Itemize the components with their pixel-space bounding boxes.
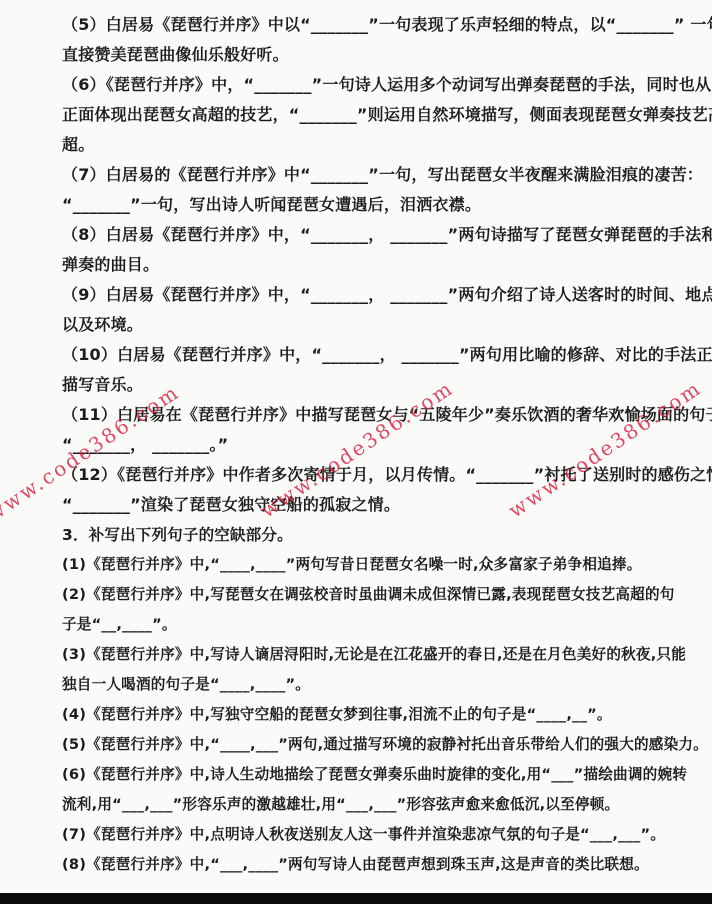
text-line-q6-2: 正面体现出琵琶女高超的技艺，“_______”则运用自然环境描写，侧面表现琵琶女…: [62, 100, 708, 130]
text-line-s3q1: (1)《琵琶行并序》中,“____,____”两句写昔日琵琶女名噪一时,众多富家…: [62, 550, 708, 580]
text-line-s3q4: (4)《琵琶行并序》中,写独守空船的琵琶女梦到往事,泪流不止的句子是“____,…: [62, 700, 708, 730]
text-line-s3q7: (7)《琵琶行并序》中,点明诗人秋夜送别友人这一事件并渲染悲凉气氛的句子是“__…: [62, 820, 708, 850]
text-line-q8-2: 弹奏的曲目。: [62, 250, 708, 280]
bottom-edge-bar: [0, 893, 712, 904]
text-line-q7-1: （7）白居易的《琵琶行并序》中“_______”一句，写出琵琶女半夜醒来满脸泪痕…: [62, 160, 708, 190]
worksheet-text-block: （5）白居易《琵琶行并序》中以“_______”一句表现了乐声轻细的特点，以“_…: [62, 10, 708, 880]
text-line-q5-2: 直接赞美琵琶曲像仙乐般好听。: [62, 40, 708, 70]
text-line-q9-1: （9）白居易《琵琶行并序》中，“_______， _______”两句介绍了诗人…: [62, 280, 708, 310]
text-line-s3q6-1: (6)《琵琶行并序》中,诗人生动地描绘了琵琶女弹奏乐曲时旋律的变化,用“___”…: [62, 760, 708, 790]
text-line-q12-1: （12）《琵琶行并序》中作者多次寄情于月，以月传情。“_______”衬托了送别…: [62, 460, 708, 490]
section-3-heading: 3．补写出下列句子的空缺部分。: [62, 520, 708, 550]
text-line-q6-1: （6）《琵琶行并序》中，“_______”一句诗人运用多个动词写出弹奏琵琶的手法…: [62, 70, 708, 100]
text-line-q10-1: （10）白居易《琵琶行并序》中，“_______， _______”两句用比喻的…: [62, 340, 708, 370]
text-line-q9-2: 以及环境。: [62, 310, 708, 340]
text-line-s3q6-2: 流利,用“___,___”形容乐声的激越雄壮,用“___,___”形容弦声愈来愈…: [62, 790, 708, 820]
text-line-s3q2-2: 子是“__,____”。: [62, 610, 708, 640]
text-line-q8-1: （8）白居易《琵琶行并序》中，“_______， _______”两句诗描写了琵…: [62, 220, 708, 250]
text-line-q10-2: 描写音乐。: [62, 370, 708, 400]
text-line-s3q2-1: (2)《琵琶行并序》中,写琵琶女在调弦校音时虽曲调未成但深情已露,表现琵琶女技艺…: [62, 580, 708, 610]
text-line-s3q3-1: (3)《琵琶行并序》中,写诗人谪居浔阳时,无论是在江花盛开的春日,还是在月色美好…: [62, 640, 708, 670]
text-line-q7-2: “_______”一句，写出诗人听闻琵琶女遭遇后，泪洒衣襟。: [62, 190, 708, 220]
text-line-q5-1: （5）白居易《琵琶行并序》中以“_______”一句表现了乐声轻细的特点，以“_…: [62, 10, 708, 40]
text-line-q6-3: 超。: [62, 130, 708, 160]
text-line-q11-1: （11）白居易在《琵琶行并序》中描写琵琶女与“五陵年少”奏乐饮酒的奢华欢愉场面的…: [62, 400, 708, 430]
text-line-q11-2: “_______， _______。”: [62, 430, 708, 460]
text-line-q12-2: “_______”渲染了琵琶女独守空船的孤寂之情。: [62, 490, 708, 520]
text-line-s3q3-2: 独自一人喝酒的句子是“____,____”。: [62, 670, 708, 700]
text-line-s3q5: (5)《琵琶行并序》中,“____,___”两句,通过描写环境的寂静衬托出音乐带…: [62, 730, 708, 760]
text-line-s3q8: (8)《琵琶行并序》中,“___,____”两句写诗人由琵琶声想到珠玉声,这是声…: [62, 850, 708, 880]
document-page: （5）白居易《琵琶行并序》中以“_______”一句表现了乐声轻细的特点，以“_…: [0, 0, 712, 904]
